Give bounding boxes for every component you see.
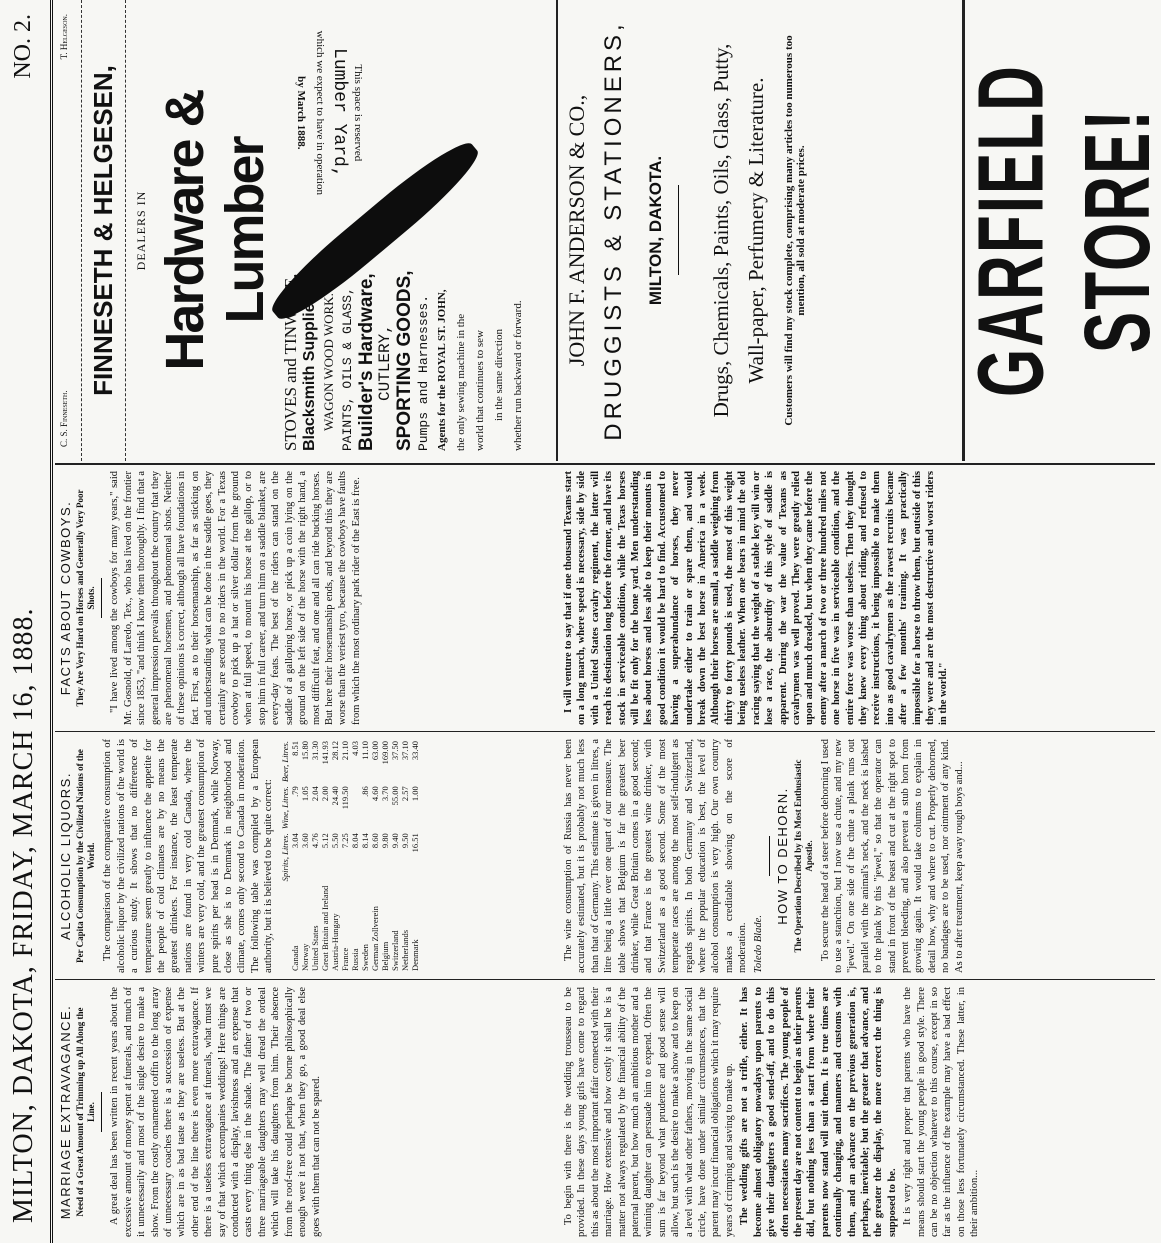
value-cell: 1.00: [410, 784, 420, 831]
country-cell: German Zollverein: [370, 884, 380, 973]
table-row: Russia8.044.03: [350, 739, 360, 973]
value-cell: 169.00: [380, 739, 390, 784]
paragraph: The wedding gifts are not a trifle, eith…: [738, 987, 899, 1237]
ad-line: world that continues to sew: [471, 226, 490, 452]
country-cell: France: [340, 884, 350, 973]
firm-name: JOHN F. ANDERSON & CO.,: [564, 0, 590, 461]
table-row: Austria-Hungary5.5024.4028.12: [330, 739, 340, 973]
table-row: Denmark16.511.0033.40: [410, 739, 420, 973]
ad-garfield-store: GARFIELD STORE!: [968, 0, 1161, 461]
ad-line: STOVES and TINWARE,: [281, 226, 300, 452]
value-cell: 5.50: [330, 831, 340, 883]
paragraph: A great deal has been written in recent …: [108, 987, 323, 1237]
value-cell: 2.57: [400, 784, 410, 831]
article-heading: FACTS ABOUT COWBOYS.: [59, 471, 72, 725]
liquor-consumption-table: Spirits, Litres. Wine, Litres. Beer, Lit…: [280, 739, 420, 973]
section-rule: [556, 0, 558, 461]
article-heading: MARRIAGE EXTRAVAGANCE.: [59, 987, 72, 1237]
country-cell: Canada: [290, 884, 300, 973]
value-cell: 37.10: [400, 739, 410, 784]
column-rule: [55, 463, 1155, 465]
value-cell: 8.14: [360, 831, 370, 883]
table-row: German Zollverein8.604.6063.00: [370, 739, 380, 973]
value-cell: 3.70: [380, 784, 390, 831]
article-heading: ALCOHOLIC LIQUORS.: [59, 739, 72, 973]
product-line-1: Drugs, Chemicals, Paints, Oils, Glass, P…: [709, 0, 734, 461]
value-cell: 24.40: [330, 784, 340, 831]
article-subhead: Per Capita Consumption by the Civilized …: [75, 749, 97, 963]
column-rule: [55, 979, 1155, 980]
table-row: Netherlands9.502.5737.10: [400, 739, 410, 973]
partner-left: C. S. Finneseth.: [59, 390, 69, 447]
garfield-store-headline: GARFIELD STORE!: [968, 0, 1161, 461]
column-header: Spirits, Litres.: [280, 831, 290, 883]
paragraph: I will venture to say that if one thousa…: [562, 471, 951, 725]
newspaper-page: MILTON, DAKOTA, FRIDAY, MARCH 16, 1888. …: [0, 0, 1161, 1243]
location: MILTON, DAKOTA.: [646, 0, 666, 461]
country-cell: United States: [310, 884, 320, 973]
article-facts-about-cowboys: FACTS ABOUT COWBOYS. They Are Very Hard …: [55, 465, 560, 731]
value-cell: .79: [290, 784, 300, 831]
value-cell: 141.93: [320, 739, 330, 784]
article-marriage-extravagance: MARRIAGE EXTRAVAGANCE. Need of a Great A…: [55, 981, 560, 1243]
table-row: Norway3.601.0515.80: [300, 739, 310, 973]
value-cell: 5.12: [320, 831, 330, 883]
value-cell: 15.80: [300, 739, 310, 784]
table-row: France7.25119.5021.10: [340, 739, 350, 973]
ad-line: in the same direction: [490, 226, 509, 452]
divider: [101, 1092, 102, 1132]
article-marriage-continued: To begin with there is the wedding trous…: [562, 981, 1161, 1243]
value-cell: 55.00: [390, 784, 400, 831]
section-rule: [962, 0, 965, 461]
country-cell: Russia: [350, 884, 360, 973]
table-header-row: Spirits, Litres. Wine, Litres. Beer, Lit…: [280, 739, 290, 973]
value-cell: 9.40: [390, 831, 400, 883]
value-cell: 28.12: [330, 739, 340, 784]
value-cell: 63.00: [370, 739, 380, 784]
ad-john-f-anderson: JOHN F. ANDERSON & CO., DRUGGISTS & STAT…: [560, 0, 960, 461]
product-line-2: Wall-paper, Perfumery & Literature.: [744, 0, 769, 461]
value-cell: 2.04: [310, 784, 320, 831]
ad-line: by March 1888.: [291, 31, 310, 195]
value-cell: 119.50: [340, 784, 350, 831]
paragraph: It is very right and proper that parents…: [901, 987, 981, 1237]
article-subhead: Need of a Great Amount of Trimming up Al…: [75, 997, 97, 1227]
ad-line: Lumber Yard,: [329, 31, 348, 195]
value-cell: 9.50: [400, 831, 410, 883]
ad-line: whether run backward or forward.: [509, 226, 528, 452]
divider: [769, 836, 770, 876]
country-cell: Switzerland: [390, 884, 400, 973]
article-subhead: The Operation Described by Its Most Enth…: [793, 749, 815, 963]
value-cell: 8.04: [350, 831, 360, 883]
value-cell: 16.51: [410, 831, 420, 883]
value-cell: 37.50: [390, 739, 400, 784]
hardware-lumber-headline: Hardware & Lumber: [155, 0, 275, 461]
masthead: MILTON, DAKOTA, FRIDAY, MARCH 16, 1888. …: [0, 0, 53, 1243]
table-row: Switzerland9.4055.0037.50: [390, 739, 400, 973]
column-header: [280, 884, 290, 973]
value-cell: 8.51: [290, 739, 300, 784]
article-subhead: They Are Very Hard on Horses and General…: [75, 481, 97, 715]
ad-line: SPORTING GOODS,: [395, 226, 414, 452]
paragraph: The comparison of the comparative consum…: [101, 739, 275, 973]
column-header: Beer, Litres.: [280, 739, 290, 784]
country-cell: Norway: [300, 884, 310, 973]
country-cell: Great Britain and Ireland: [320, 884, 330, 973]
customer-note: Customers will find my stock complete, c…: [783, 0, 807, 461]
value-cell: [350, 784, 360, 831]
firm-name: FINNESETH & HELGESEN,: [81, 0, 126, 461]
partner-right: T. Helgeson.: [59, 14, 69, 59]
value-cell: 3.04: [290, 831, 300, 883]
country-cell: Netherlands: [400, 884, 410, 973]
ad-line: CUTLERY,: [376, 226, 395, 452]
divider: [678, 186, 679, 276]
country-cell: Belgium: [380, 884, 390, 973]
table-row: Sweden8.14.8611.10: [360, 739, 370, 973]
value-cell: 2.00: [320, 784, 330, 831]
country-cell: Austria-Hungary: [330, 884, 340, 973]
masthead-title: MILTON, DAKOTA, FRIDAY, MARCH 16, 1888.: [8, 607, 40, 1223]
table-row: United States4.762.0431.30: [310, 739, 320, 973]
issue-number: NO. 2.: [10, 14, 37, 79]
country-cell: Denmark: [410, 884, 420, 973]
paragraph: To begin with there is the wedding trous…: [562, 987, 736, 1237]
paragraph: The wine consumption of Russia has never…: [562, 739, 750, 973]
ad-line: which we expect to have in operation: [310, 31, 329, 195]
ad-line: This space is reserved: [348, 31, 367, 195]
source-credit: Toledo Blade.: [752, 739, 765, 973]
dealers-in: DEALERS IN: [134, 0, 149, 461]
value-cell: 4.03: [350, 739, 360, 784]
paragraph: "I have lived among the cowboys for many…: [108, 471, 363, 725]
value-cell: 9.80: [380, 831, 390, 883]
table-row: Belgium9.803.70169.00: [380, 739, 390, 973]
value-cell: 33.40: [410, 739, 420, 784]
article-cowboys-continued: I will venture to say that if one thousa…: [562, 465, 1161, 731]
ad-finneseth-helgesen: C. S. Finneseth. T. Helgeson. FINNESETH …: [55, 0, 555, 461]
article-heading: HOW TO DEHORN.: [776, 739, 789, 973]
value-cell: .86: [360, 784, 370, 831]
value-cell: 4.60: [370, 784, 380, 831]
column-rule: [55, 731, 1155, 732]
partner-names: C. S. Finneseth. T. Helgeson.: [55, 0, 73, 461]
table-row: Canada3.04.798.51: [290, 739, 300, 973]
value-cell: 8.60: [370, 831, 380, 883]
paragraph: To secure the head of a steer before deh…: [819, 739, 966, 973]
article-alcoholic-continued: The wine consumption of Russia has never…: [562, 733, 1161, 979]
value-cell: 21.10: [340, 739, 350, 784]
divider: [101, 578, 102, 618]
value-cell: 11.10: [360, 739, 370, 784]
ad-line: Agents for the ROYAL ST. JOHN,: [433, 226, 452, 452]
ad-line: the only sewing machine in the: [452, 226, 471, 452]
value-cell: 3.60: [300, 831, 310, 883]
value-cell: 7.25: [340, 831, 350, 883]
value-cell: 31.30: [310, 739, 320, 784]
article-alcoholic-liquors: ALCOHOLIC LIQUORS. Per Capita Consumptio…: [55, 733, 560, 979]
value-cell: 4.76: [310, 831, 320, 883]
value-cell: 1.05: [300, 784, 310, 831]
table-row: Great Britain and Ireland5.122.00141.93: [320, 739, 330, 973]
druggists-stationers-heading: DRUGGISTS & STATIONERS,: [600, 0, 628, 461]
column-header: Wine, Litres.: [280, 784, 290, 831]
country-cell: Sweden: [360, 884, 370, 973]
ad-line: Pumps and Harnesses.: [414, 226, 433, 452]
